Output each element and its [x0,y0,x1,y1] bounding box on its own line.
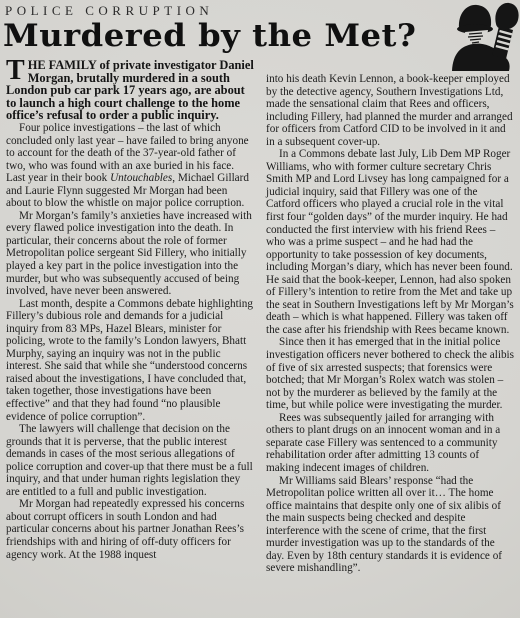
italic-book-title: Untouchables [110,172,172,184]
article-body: THE FAMILY of private investigator Danie… [6,59,514,613]
right-column: into his death Kevin Lennon, a book-keep… [266,59,514,613]
paragraph: Last month, despite a Commons debate hig… [6,298,254,423]
left-column: THE FAMILY of private investigator Danie… [6,59,254,613]
paragraph: Mr Morgan’s family’s anxieties have incr… [6,210,254,298]
paragraph: Rees was subsequently jailed for arrangi… [266,412,514,475]
paragraph: THE FAMILY of private investigator Danie… [6,59,254,122]
paragraph: In a Commons debate last July, Lib Dem M… [266,148,514,336]
drop-cap: T [6,59,28,82]
paragraph: into his death Kevin Lennon, a book-keep… [266,73,514,148]
paragraph: Mr Williams said Blears’ response “had t… [266,475,514,575]
section-kicker: POLICE CORRUPTION [5,3,213,19]
paragraph: Since then it has emerged that in the in… [266,336,514,411]
article-headline: Murdered by the Met? [3,19,416,53]
paragraph: Four police investigations – the last of… [6,122,254,210]
paragraph: The lawyers will challenge that decision… [6,423,254,498]
paragraph: Mr Morgan had repeatedly expressed his c… [6,498,254,561]
newspaper-clipping: POLICE CORRUPTION Murdered by the Met? T… [0,0,520,618]
